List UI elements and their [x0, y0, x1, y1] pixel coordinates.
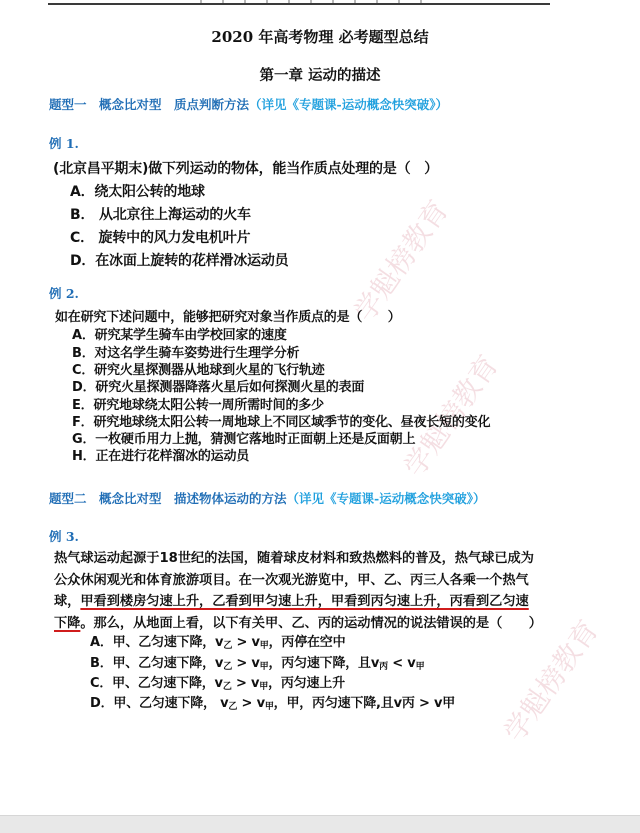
passage-text: 。那么，从地面上看，以下有关甲、乙、丙的运动情况的说法错误的是（ ）: [80, 616, 542, 631]
viewer-bottom-bar: [0, 815, 640, 833]
document-title: 2020 年高考物理 必考题型总结: [0, 26, 640, 47]
example-1-question: (北京昌平期末)做下列运动的物体，能当作质点处理的是（ ）: [53, 158, 438, 178]
page-top-rule: [48, 3, 550, 5]
section-heading-1: 题型一 概念比对型 质点判断方法（详见《专题课-运动概念快突破》）: [49, 95, 448, 113]
passage-line: 公众休闲观光和体育旅游项目。在一次观光游览中，甲、乙、丙三人各乘一个热气: [54, 570, 554, 592]
red-underlined-text: 甲看到楼房匀速上升，乙看到甲匀速上升，甲看到丙匀速上升，丙看到乙匀速: [80, 594, 528, 609]
example-3-option-d: D．甲、乙匀速下降， v乙 > v甲，甲，丙匀速下降,且v丙 > v甲: [90, 692, 455, 712]
example-1-option-a: A．绕太阳公转的地球: [70, 181, 205, 201]
example-2-option-a: A．研究某学生骑车由学校回家的速度: [72, 324, 287, 343]
passage-line: 球，甲看到楼房匀速上升，乙看到甲匀速上升，甲看到丙匀速上升，丙看到乙匀速: [54, 591, 554, 613]
page-top-marks: [200, 0, 440, 3]
example-3-passage: 热气球运动起源于18世纪的法国，随着球皮材料和致热燃料的普及，热气球已成为 公众…: [54, 548, 554, 634]
example-2-option-d: D．研究火星探测器降落火星后如何探测火星的表面: [72, 376, 364, 395]
passage-text: 球，: [54, 594, 80, 609]
example-2-option-h: H．正在进行花样溜冰的运动员: [72, 445, 249, 464]
section-heading-main: 题型一 概念比对型 质点判断方法: [49, 97, 249, 112]
example-3-option-c: C．甲、乙匀速下降，v乙 > v甲，丙匀速上升: [90, 672, 345, 692]
example-1-option-b: B． 从北京往上海运动的火车: [70, 204, 251, 224]
section-heading-main: 题型二 概念比对型 描述物体运动的方法: [49, 491, 287, 506]
chapter-title: 第一章 运动的描述: [0, 64, 640, 85]
section-heading-reference: （详见《专题课-运动概念快突破》）: [287, 491, 486, 506]
example-label-1: 例 1.: [49, 134, 79, 152]
example-3-option-b: B．甲、乙匀速下降，v乙 > v甲，丙匀速下降，且v丙 < v甲: [90, 652, 424, 672]
red-underlined-text: 下降: [54, 616, 80, 631]
example-3-option-a: A．甲、乙匀速下降，v乙 > v甲，丙停在空中: [90, 631, 345, 651]
section-heading-reference: （详见《专题课-运动概念快突破》）: [249, 97, 448, 112]
example-label-2: 例 2.: [49, 284, 79, 302]
section-heading-2: 题型二 概念比对型 描述物体运动的方法（详见《专题课-运动概念快突破》）: [49, 489, 485, 507]
example-2-question: 如在研究下述问题中，能够把研究对象当作质点的是（ ）: [55, 306, 401, 325]
example-label-3: 例 3.: [49, 527, 79, 545]
example-1-option-c: C． 旋转中的风力发电机叶片: [70, 227, 250, 247]
example-1-option-d: D．在冰面上旋转的花样滑冰运动员: [70, 250, 288, 270]
passage-line: 热气球运动起源于18世纪的法国，随着球皮材料和致热燃料的普及，热气球已成为: [54, 548, 554, 570]
